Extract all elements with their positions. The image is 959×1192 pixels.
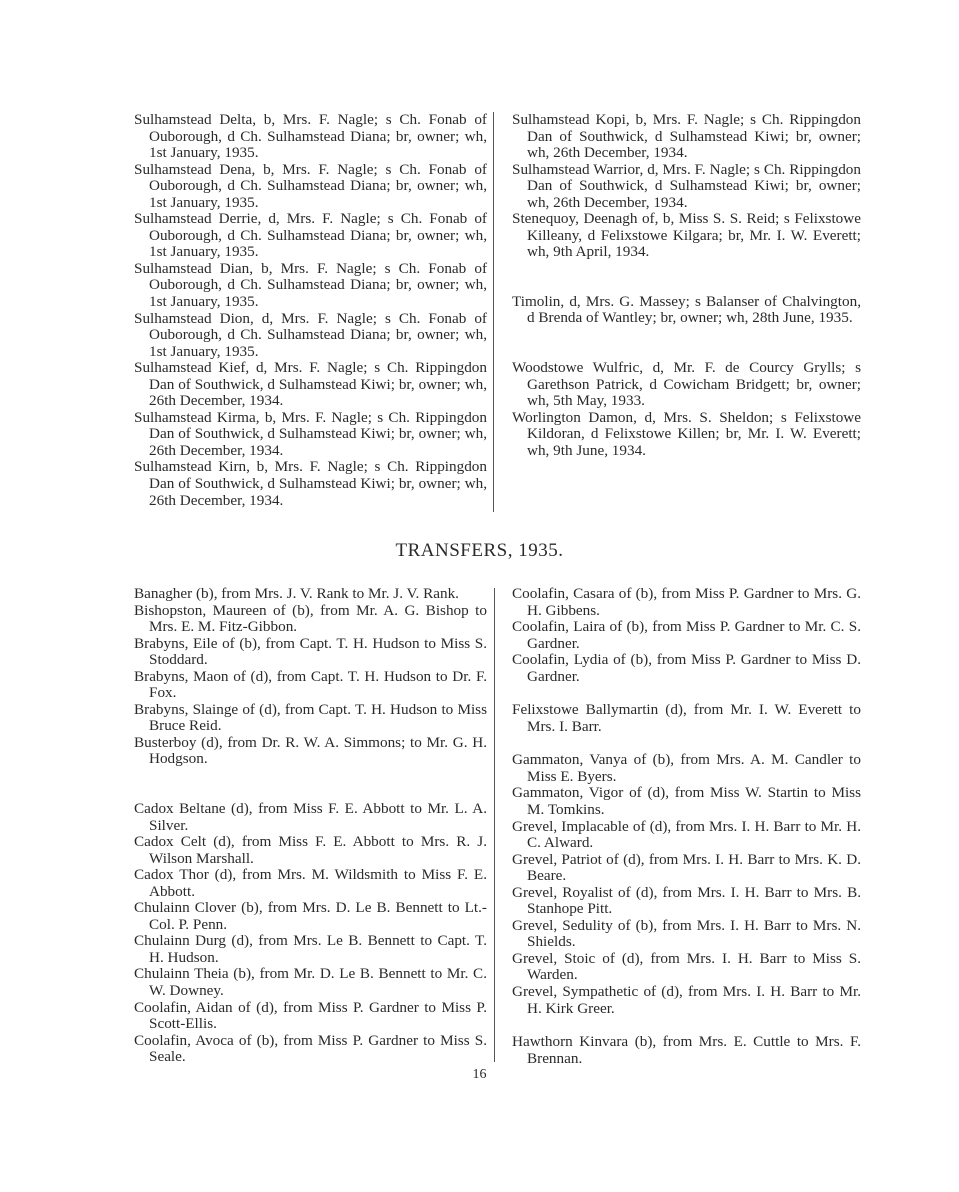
transfer-entry: Coolafin, Lydia of (b), from Miss P. Gar… (512, 652, 861, 685)
transfer-entry: Bishopston, Maureen of (b), from Mr. A. … (134, 603, 487, 636)
spacer (512, 327, 861, 360)
transfer-entry: Chulainn Clover (b), from Mrs. D. Le B. … (134, 900, 487, 933)
transfer-entry: Coolafin, Avoca of (b), from Miss P. Gar… (134, 1033, 487, 1066)
registration-entry: Sulhamstead Derrie, d, Mrs. F. Nagle; s … (134, 211, 487, 261)
transfer-entry: Grevel, Patriot of (d), from Mrs. I. H. … (512, 852, 861, 885)
registrations-left-column: Sulhamstead Delta, b, Mrs. F. Nagle; s C… (134, 112, 487, 509)
registration-entry: Sulhamstead Dena, b, Mrs. F. Nagle; s Ch… (134, 162, 487, 212)
registrations-right-column: Sulhamstead Kopi, b, Mrs. F. Nagle; s Ch… (512, 112, 861, 459)
transfers-left-column: Banagher (b), from Mrs. J. V. Rank to Mr… (134, 586, 487, 1066)
transfer-entry: Coolafin, Casara of (b), from Miss P. Ga… (512, 586, 861, 619)
spacer (512, 261, 861, 294)
registration-entry: Sulhamstead Kirma, b, Mrs. F. Nagle; s C… (134, 410, 487, 460)
registration-entry: Timolin, d, Mrs. G. Massey; s Balanser o… (512, 294, 861, 327)
transfer-entry: Grevel, Sedulity of (b), from Mrs. I. H.… (512, 918, 861, 951)
transfers-right-column: Coolafin, Casara of (b), from Miss P. Ga… (512, 586, 861, 1067)
transfer-entry: Coolafin, Laira of (b), from Miss P. Gar… (512, 619, 861, 652)
transfer-entry: Chulainn Durg (d), from Mrs. Le B. Benne… (134, 933, 487, 966)
transfer-entry: Brabyns, Maon of (d), from Capt. T. H. H… (134, 669, 487, 702)
transfer-entry: Cadox Thor (d), from Mrs. M. Wildsmith t… (134, 867, 487, 900)
registration-entry: Stenequoy, Deenagh of, b, Miss S. S. Rei… (512, 211, 861, 261)
section-heading: TRANSFERS, 1935. (0, 540, 959, 562)
transfer-entry: Hawthorn Kinvara (b), from Mrs. E. Cuttl… (512, 1034, 861, 1067)
column-divider-top (493, 112, 494, 512)
transfer-entry: Felixstowe Ballymartin (d), from Mr. I. … (512, 702, 861, 735)
transfer-entry: Grevel, Royalist of (d), from Mrs. I. H.… (512, 885, 861, 918)
transfer-entry: Grevel, Stoic of (d), from Mrs. I. H. Ba… (512, 951, 861, 984)
transfer-entry: Grevel, Implacable of (d), from Mrs. I. … (512, 819, 861, 852)
registration-entry: Sulhamstead Warrior, d, Mrs. F. Nagle; s… (512, 162, 861, 212)
transfer-entry: Brabyns, Eile of (b), from Capt. T. H. H… (134, 636, 487, 669)
registration-entry: Sulhamstead Dian, b, Mrs. F. Nagle; s Ch… (134, 261, 487, 311)
transfer-entry: Gammaton, Vigor of (d), from Miss W. Sta… (512, 785, 861, 818)
page-number: 16 (0, 1067, 959, 1083)
spacer (134, 768, 487, 801)
spacer (512, 685, 861, 702)
transfer-entry: Cadox Beltane (d), from Miss F. E. Abbot… (134, 801, 487, 834)
registration-entry: Sulhamstead Kief, d, Mrs. F. Nagle; s Ch… (134, 360, 487, 410)
registration-entry: Sulhamstead Kopi, b, Mrs. F. Nagle; s Ch… (512, 112, 861, 162)
transfer-entry: Banagher (b), from Mrs. J. V. Rank to Mr… (134, 586, 487, 603)
transfer-entry: Cadox Celt (d), from Miss F. E. Abbott t… (134, 834, 487, 867)
registration-entry: Sulhamstead Dion, d, Mrs. F. Nagle; s Ch… (134, 311, 487, 361)
registration-entry: Worlington Damon, d, Mrs. S. Sheldon; s … (512, 410, 861, 460)
transfer-entry: Brabyns, Slainge of (d), from Capt. T. H… (134, 702, 487, 735)
transfer-entry: Coolafin, Aidan of (d), from Miss P. Gar… (134, 1000, 487, 1033)
registration-entry: Sulhamstead Delta, b, Mrs. F. Nagle; s C… (134, 112, 487, 162)
transfer-entry: Busterboy (d), from Dr. R. W. A. Simmons… (134, 735, 487, 768)
spacer (512, 735, 861, 752)
transfer-entry: Chulainn Theia (b), from Mr. D. Le B. Be… (134, 966, 487, 999)
column-divider-bottom (494, 588, 495, 1062)
transfer-entry: Grevel, Sympathetic of (d), from Mrs. I.… (512, 984, 861, 1017)
registration-entry: Woodstowe Wulfric, d, Mr. F. de Courcy G… (512, 360, 861, 410)
registration-entry: Sulhamstead Kirn, b, Mrs. F. Nagle; s Ch… (134, 459, 487, 509)
spacer (512, 1017, 861, 1034)
transfer-entry: Gammaton, Vanya of (b), from Mrs. A. M. … (512, 752, 861, 785)
